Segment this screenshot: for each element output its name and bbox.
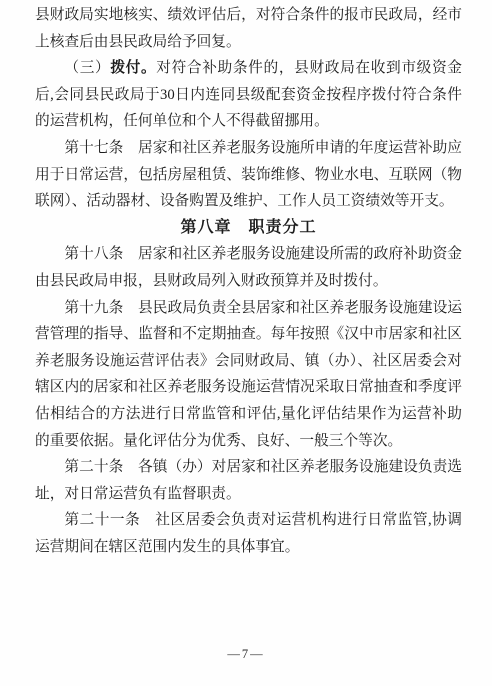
paragraph-article-21: 第二十一条 社区居委会负责对运营机构进行日常监管,协调运营期间在辖区范围内发生的… <box>35 507 462 560</box>
page-number: —7— <box>0 647 492 662</box>
paragraph-allocation: （三）拨付。对符合补助条件的，县财政局在收到市级资金后,会同县民政局于30日内连… <box>35 55 462 135</box>
paragraph-article-20: 第二十条 各镇（办）对居家和社区养老服务设施建设负责选址，对日常运营负有监督职责… <box>35 454 462 507</box>
paragraph-article-18: 第十八条 居家和社区养老服务设施建设所需的政府补助资金由县民政局申报，县财政局列… <box>35 241 462 294</box>
list-item-marker: （三） <box>64 60 110 76</box>
allocation-bold-term: 拨付。 <box>110 60 156 76</box>
paragraph-continuation: 县财政局实地核实、绩效评估后，对符合条件的报市民政局，经市上核查后由县民政局给予… <box>35 2 462 55</box>
paragraph-article-17: 第十七条 居家和社区养老服务设施所申请的年度运营补助应用于日常运营，包括房屋租赁… <box>35 135 462 215</box>
paragraph-article-19: 第十九条 县民政局负责全县居家和社区养老服务设施建设运营管理的指导、监督和不定期… <box>35 295 462 455</box>
document-body: 县财政局实地核实、绩效评估后，对符合条件的报市民政局，经市上核查后由县民政局给予… <box>35 2 462 560</box>
document-page: 县财政局实地核实、绩效评估后，对符合条件的报市民政局，经市上核查后由县民政局给予… <box>0 0 492 686</box>
chapter-heading: 第八章 职责分工 <box>35 215 462 242</box>
